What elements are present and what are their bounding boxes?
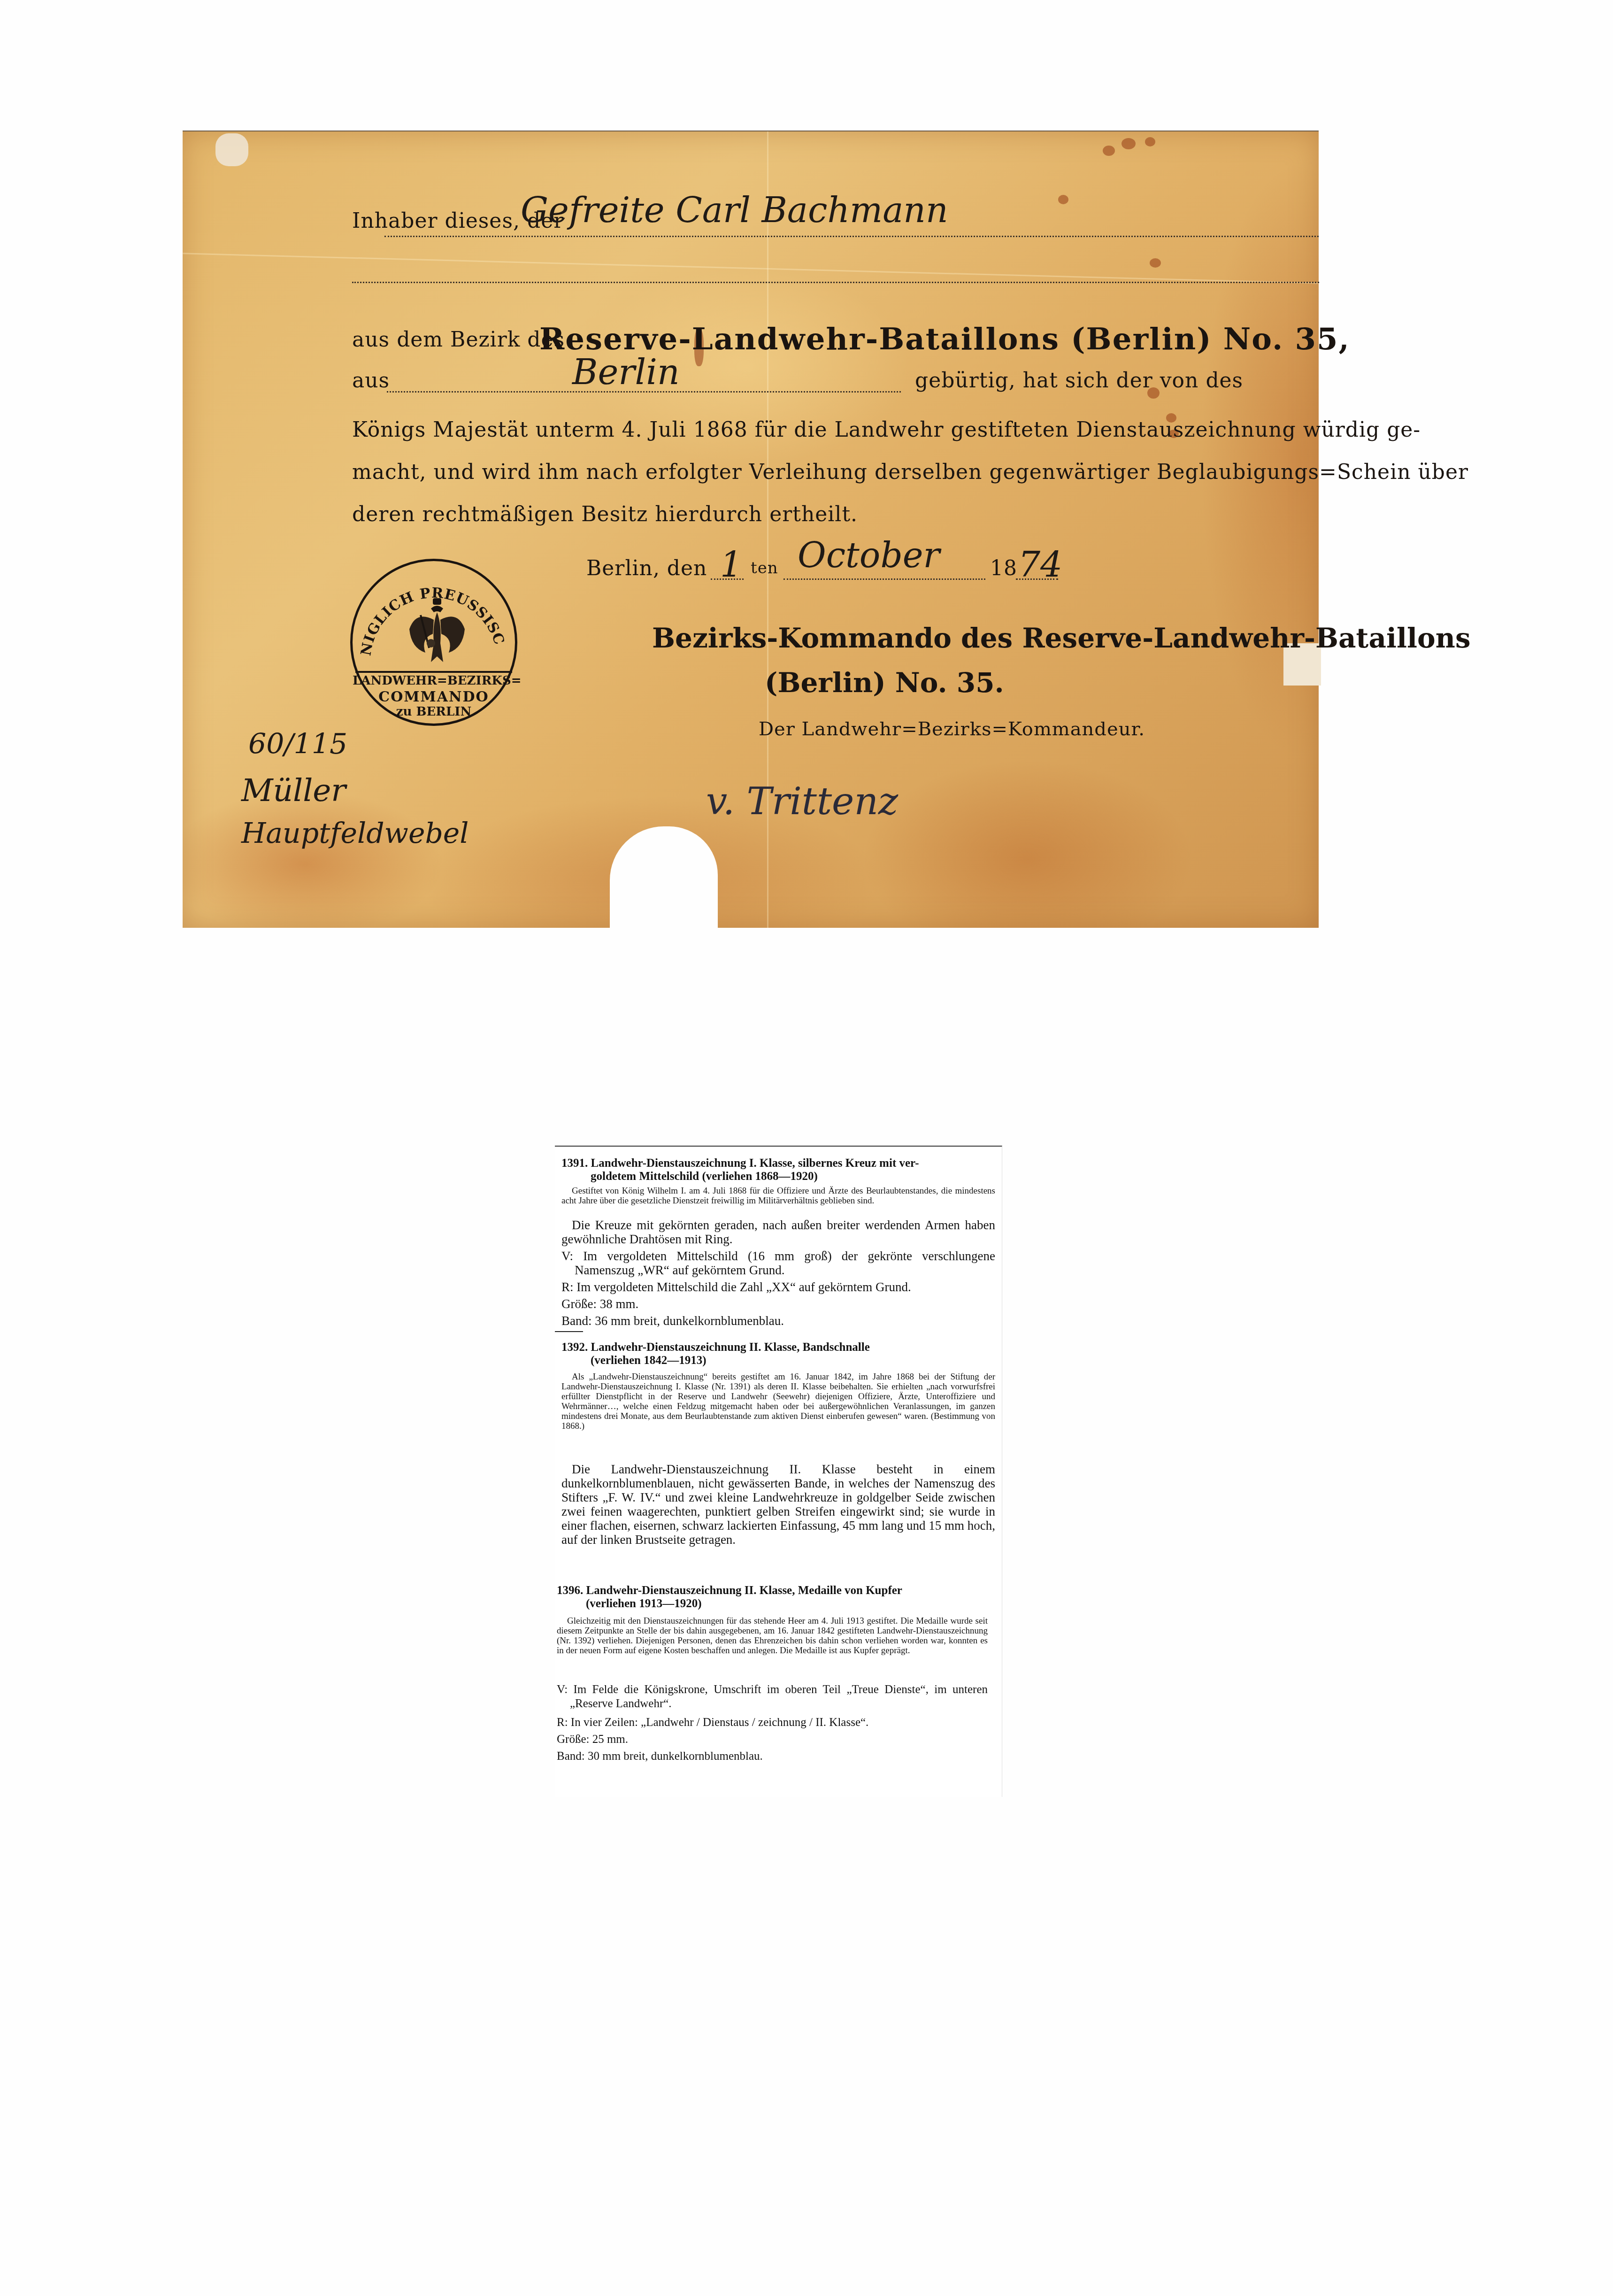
paper-tear [610,826,718,934]
entry-intro: Als „Landwehr-Dienstauszeichnung“ bereit… [561,1372,995,1431]
entry-title: goldetem Mittelschild (verliehen 1868—19… [561,1170,995,1183]
entry-number: 1392. [561,1341,588,1354]
entry-heading: 1396. Landwehr-Dienstauszeichnung II. Kl… [557,1584,995,1610]
date-year-prefix: 18 [990,556,1017,580]
seal-text: LANDWEHR=BEZIRKS= [353,674,515,688]
entry-size: Größe: 38 mm. [561,1297,995,1311]
entry-heading: 1392. Landwehr-Dienstauszeichnung II. Kl… [561,1341,995,1367]
stain-spot [1121,138,1136,149]
section-divider [555,1331,583,1332]
entry-title: (verliehen 1842—1913) [561,1354,995,1367]
issuer-name: Bezirks-Kommando des Reserve-Landwehr-Ba… [652,622,1471,654]
entry-obverse: V: Im vergoldeten Mittelschild (16 mm gr… [561,1249,995,1277]
entry-obverse: V: Im Felde die Königskrone, Umschrift i… [557,1683,988,1711]
prussian-eagle-icon [407,596,468,667]
body-text: deren rechtmäßigen Besitz hierdurch erth… [352,502,858,526]
paper-fold [183,253,1318,284]
entry-title: Landwehr-Dienstauszeichnung II. Klasse, … [591,1341,870,1354]
stain-spot [1058,195,1068,204]
fill-line [384,236,1319,237]
commander-title: Der Landwehr=Bezirks=Kommandeur. [759,718,1145,740]
entry-number: 1396. [557,1584,583,1597]
date-day-suffix: ten [751,559,778,578]
margin-reference: 60/115 [248,728,347,761]
entry-band: Band: 30 mm breit, dunkelkornblumenblau. [557,1749,995,1764]
entry-title: Landwehr-Dienstauszeichnung I. Klasse, s… [591,1157,919,1170]
seal-text: zu BERLIN [353,705,515,719]
entry-heading: 1391. Landwehr-Dienstauszeichnung I. Kla… [561,1157,995,1183]
stain-spot [1150,258,1161,268]
district-label: aus dem Bezirk des [352,328,565,352]
fill-line [352,282,1319,283]
award-certificate: Inhaber dieses, der Gefreite Carl Bachma… [183,131,1319,928]
date-day-handwritten: 1 [720,545,742,585]
margin-name: Müller [241,772,346,809]
holder-name-handwritten: Gefreite Carl Bachmann [521,190,948,231]
entry-reverse: R: In vier Zeilen: „Landwehr / Dienstaus… [557,1716,995,1730]
seal-text: COMMANDO [353,689,515,705]
date-year-handwritten: 74 [1018,545,1062,585]
official-seal: KÖNIGLICH PREUSSISCHES LANDWEHR=BEZIRKS=… [350,559,517,726]
seal-divider [355,671,512,673]
entry-reverse: R: Im vergoldeten Mittelschild die Zahl … [561,1280,995,1294]
date-place: Berlin, den [586,556,707,580]
stain-spot [1145,137,1155,146]
fill-line [783,578,985,580]
battalion-name: Reserve-Landwehr-Bataillons (Berlin) No.… [539,322,1350,357]
entry-title: (verliehen 1913—1920) [557,1597,995,1610]
birthplace-handwritten: Berlin [572,352,680,393]
entry-number: 1391. [561,1157,588,1170]
origin-label: aus [352,369,390,393]
entry-description: Die Landwehr-Dienstauszeichnung II. Klas… [561,1462,995,1547]
commander-signature: v. Trittenz [706,779,898,823]
date-month-handwritten: October [798,535,940,576]
entry-size: Größe: 25 mm. [557,1733,995,1747]
entry-band: Band: 36 mm breit, dunkelkornblumenblau. [561,1314,995,1328]
entry-title: Landwehr-Dienstauszeichnung II. Klasse, … [586,1584,902,1597]
entry-intro: Gleichzeitig mit den Dienstauszeichnunge… [557,1616,988,1656]
entry-intro: Gestiftet von König Wilhelm I. am 4. Jul… [561,1186,995,1206]
catalogue-clipping: 1391. Landwehr-Dienstauszeichnung I. Kla… [555,1146,1002,1797]
entry-description: Die Kreuze mit gekörnten geraden, nach a… [561,1218,995,1246]
paper-damage [215,133,248,166]
stain-spot [1103,146,1115,156]
origin-suffix: gebürtig, hat sich der von des [915,369,1243,393]
issuer-name: (Berlin) No. 35. [765,667,1004,699]
body-text: macht, und wird ihm nach erfolgter Verle… [352,460,1468,484]
body-text: Königs Majestät unterm 4. Juli 1868 für … [352,418,1421,442]
margin-rank: Hauptfeldwebel [241,817,469,850]
